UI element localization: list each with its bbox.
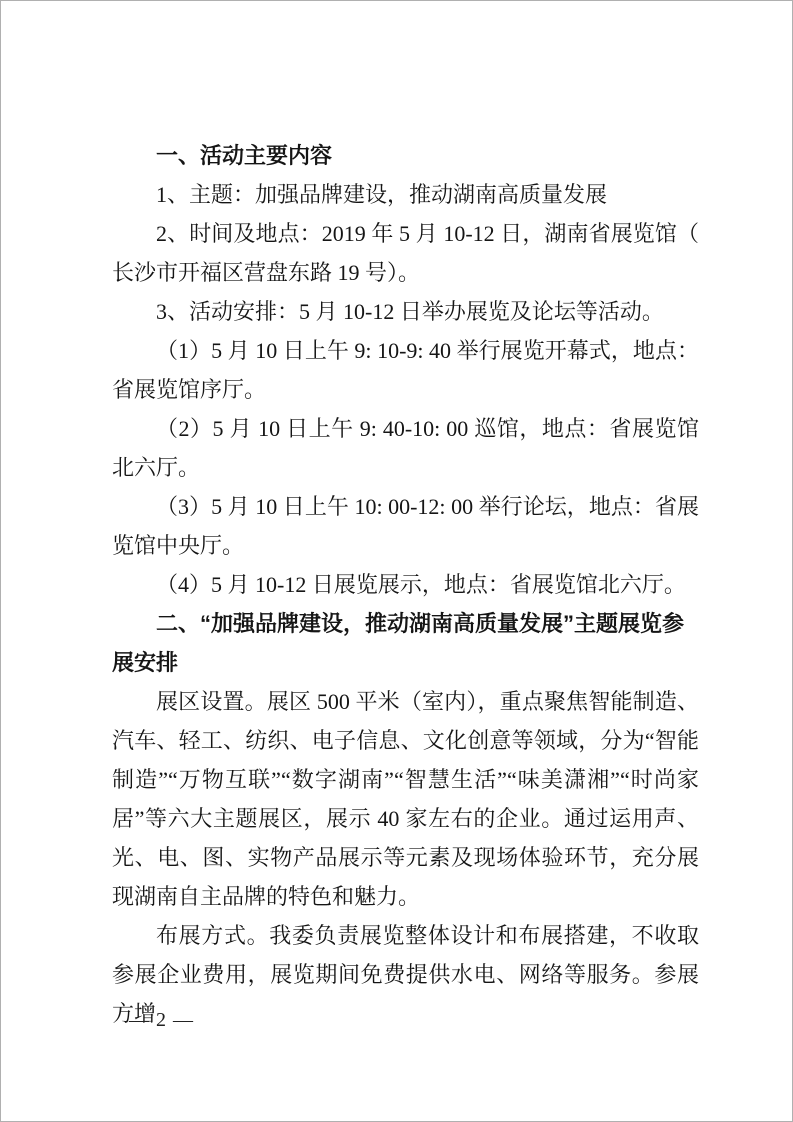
paragraph-time-location: 2、时间及地点：2019 年 5 月 10-12 日，湖南省展览馆（ 长沙市开福… — [112, 214, 699, 292]
document-page: 一、活动主要内容 1、主题：加强品牌建设，推动湖南高质量发展 2、时间及地点：2… — [0, 0, 793, 1122]
section-heading-1: 一、活动主要内容 — [112, 136, 699, 175]
paragraph-item-4: （4）5 月 10-12 日展览展示，地点：省展览馆北六厅。 — [112, 565, 699, 604]
paragraph-item-1: （1）5 月 10 日上午 9: 10-9: 40 举行展览开幕式，地点：省展览… — [112, 331, 699, 409]
paragraph-item-2: （2）5 月 10 日上午 9: 40-10: 00 巡馆，地点：省展览馆北六厅… — [112, 409, 699, 487]
document-body: 一、活动主要内容 1、主题：加强品牌建设，推动湖南高质量发展 2、时间及地点：2… — [112, 136, 699, 1033]
page-number: — 2 — — [129, 1008, 194, 1032]
paragraph-schedule: 3、活动安排：5 月 10-12 日举办展览及论坛等活动。 — [112, 292, 699, 331]
paragraph-exhibition-zones: 展区设置。展区 500 平米（室内），重点聚焦智能制造、汽车、轻工、纺织、电子信… — [112, 682, 699, 916]
section-heading-2: 二、“加强品牌建设，推动湖南高质量发展”主题展览参展安排 — [112, 604, 699, 682]
paragraph-item-3: （3）5 月 10 日上午 10: 00-12: 00 举行论坛，地点：省展览馆… — [112, 487, 699, 565]
paragraph-theme: 1、主题：加强品牌建设，推动湖南高质量发展 — [112, 175, 699, 214]
paragraph-setup-method: 布展方式。我委负责展览整体设计和布展搭建，不收取参展企业费用，展览期间免费提供水… — [112, 916, 699, 1033]
